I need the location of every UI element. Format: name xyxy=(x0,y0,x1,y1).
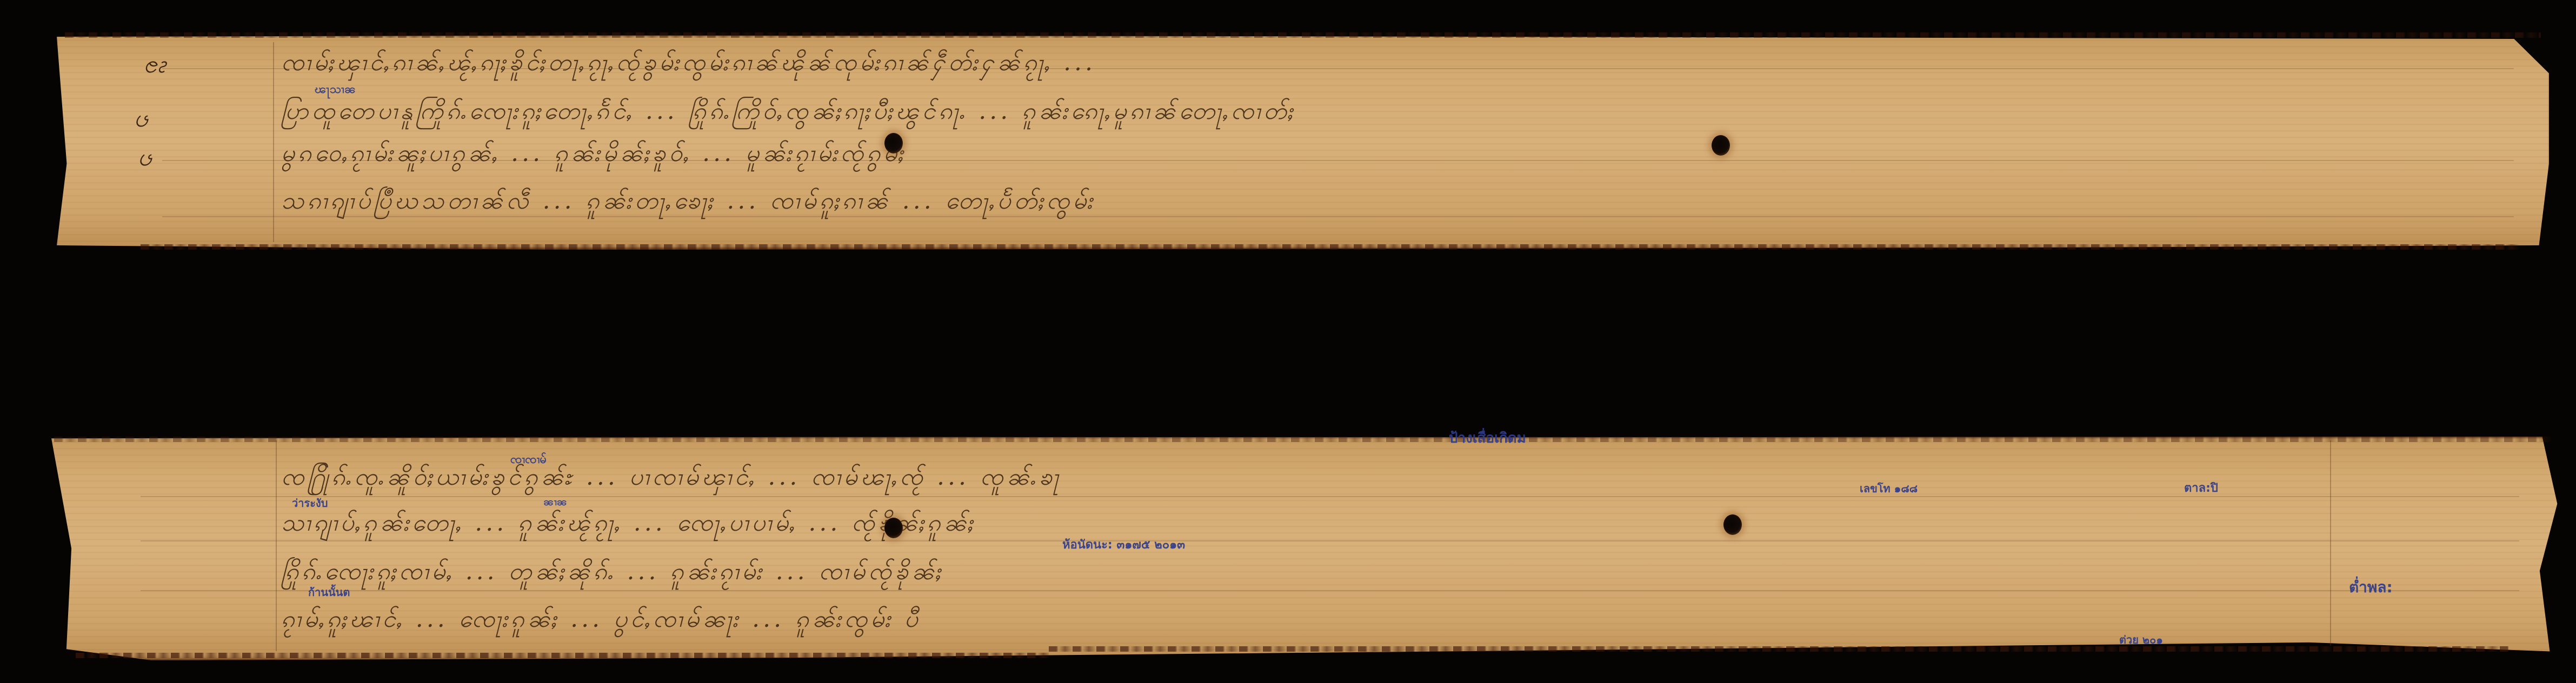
leaf-bottom-annotation-8: ต่ำพล: xyxy=(2349,575,2393,599)
binding-hole-top-right xyxy=(1712,135,1730,156)
leaf-bottom-annotation-2: ၼၢၼ xyxy=(543,494,567,511)
binding-hole-top-left xyxy=(884,133,903,153)
leaf-bottom-upper-edge-stain xyxy=(54,437,2552,442)
leaf-bottom-annotation-4: ก้านนั้นต xyxy=(308,584,350,601)
leaf-bottom-lower-edge-stain-right xyxy=(1049,646,2508,652)
leaf-bottom-annotation-7: ตาล:ปิ xyxy=(2184,478,2218,497)
binding-hole-bottom-left xyxy=(884,518,903,538)
leaf-bottom-annotation-6: ห้อนัดนะ: ๓๑๗๕ ๒๐๑๓ xyxy=(1062,535,1185,554)
leaf-top-side-mark-2: ၒ xyxy=(138,142,152,178)
leaf-top-annotation-1: ၽႃသၢၼ xyxy=(315,81,356,99)
leaf-top-folio-number: ၔၩ xyxy=(143,49,166,85)
leaf-top-line-1: ၸၢမ်ႈၾၢင်ႇၵၢၼ်ႇၽႂ်ႇၵႃႈၶိူင်ႈတႃႇၵႂႃႇၸႂ်ၶွ… xyxy=(281,48,2487,82)
leaf-bottom-annotation-3: ว่าระงับ xyxy=(292,494,328,512)
leaf-bottom-annotation-10: ต่วย ๒๐๑ xyxy=(2119,631,2163,648)
leaf-bottom-right-margin-rule xyxy=(2330,440,2331,646)
leaf-bottom-lower-edge-stain-left xyxy=(76,653,1049,658)
leaf-bottom-line-2: သၢၵျၢပ်ႇၵူၼ်းတေႃႇ ... ၵူၼ်းၽႂ်ၵႂႃႇ ... ၸ… xyxy=(281,508,2330,543)
leaf-top-upper-edge-stain xyxy=(65,32,2541,38)
manuscript-photo: ၔၩ ၒ ၒ ၸၢမ်ႈၾၢင်ႇၵၢၼ်ႇၽႂ်ႇၵႃႈၶိူင်ႈတႃႇၵႂ… xyxy=(0,0,2576,683)
leaf-top-margin-rule xyxy=(273,42,274,242)
leaf-bottom-annotation-5: ป้างเสื่อเกิดม xyxy=(1449,427,1526,449)
leaf-top-line-4: သၵၢၵျၢပ်ပြဳဃသတၢၼ်လဵ ... ၵူၼ်းတႃႇၶေႃႈ ...… xyxy=(281,186,2487,220)
leaf-top-lower-edge-stain xyxy=(141,244,2519,250)
leaf-top-line-2: ပြာထူတေပၢနူကြိုၵ်ႉၸေႃးၵူႈတေႃႇၵႅင်ႇ ... ၵ… xyxy=(281,96,2487,131)
leaf-bottom-annotation-1: ၸၢၸၢမ် xyxy=(510,451,547,469)
leaf-bottom-line-3: ၵြိုၵ်ႉၸေႃးၵူႈၸၢမ်ႇ ... တူၼ်ႈၼိုၵ်ႉ ... … xyxy=(281,557,2330,591)
leaf-bottom-line-4: ၵႂၢမ်ႇၵူႈၽၢင်ႇ ... ၸေႃးၵူၼ်ႈ ... ပွင်ႇၸၢ… xyxy=(281,604,2330,639)
leaf-top-side-mark-1: ၒ xyxy=(134,103,148,139)
leaf-bottom-annotation-9: เลขโท ๑๘๘ xyxy=(1860,480,1918,497)
leaf-bottom-line-1: ၸ႐ြိုၵ်ႉၸူႉၼိူဝ်ႈယၢမ်းၶွင်ၵွၼ်ႊ ... ပၢၸၢ… xyxy=(281,462,2330,497)
leaf-bottom-left-margin-rule xyxy=(276,440,277,651)
leaf-top-line-3: မွၵဝေႇၵႂၢမ်းၼူႈပၢၵွၼ်ႇ ... ၵူၼ်းမိုၼ်ႈၶူ… xyxy=(281,138,2487,173)
binding-hole-bottom-right xyxy=(1723,514,1742,535)
